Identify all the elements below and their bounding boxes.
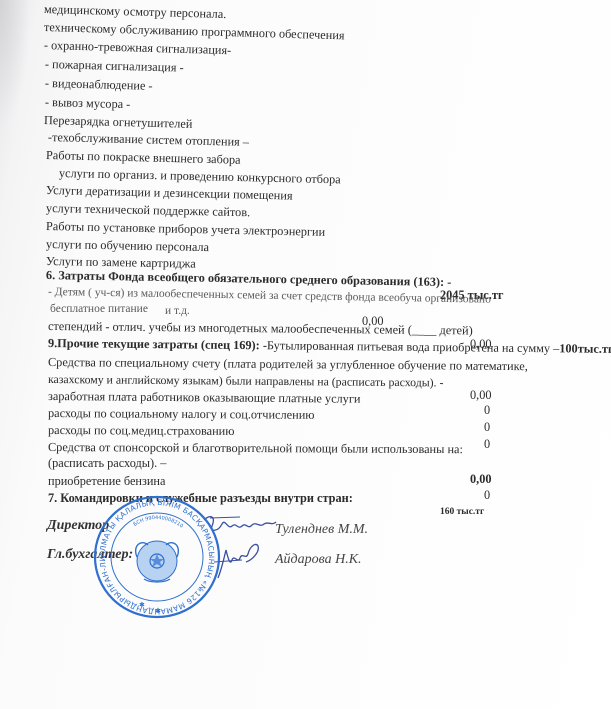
- director-name: Туленднев М.М.: [275, 522, 368, 538]
- fuel-label: приобретение бензина: [48, 474, 165, 488]
- text-line: услуги технической поддержке сайтов.: [46, 201, 250, 219]
- section-6-line-3: степендий - отлич. учебы из многодетных …: [48, 319, 473, 337]
- expense-row-label: расходы по соц.медиц.страхованию: [48, 423, 235, 438]
- section-7-value: 0: [484, 488, 490, 502]
- official-stamp: АЛМАТЫ ҚАЛАЛЫҚ БІЛІМ БАСҚАРМАСЫНЫҢ «№126…: [92, 495, 222, 620]
- sponsor-line-1: Средства от спонсорской и благотворитель…: [48, 440, 463, 456]
- section-9-line: 9.Прочие текущие затраты (спец 169): -Бу…: [48, 336, 611, 356]
- text-line: Услуги дератизации и дезинсекции помещен…: [46, 183, 293, 203]
- expense-row-label: заработная плата работников оказывающие …: [48, 389, 361, 406]
- text-line: Работы по установке приборов учета элект…: [46, 219, 325, 239]
- text-line: - охранно-тревожная сигнализация-: [44, 38, 232, 57]
- svg-text:✱: ✱: [139, 601, 145, 609]
- section-6-line-2a: бесплатное питание: [50, 302, 148, 316]
- expense-row-value: 0: [484, 403, 490, 417]
- sponsor-line-2: (расписать расходы). –: [48, 456, 166, 470]
- special-account-line-1: Средства по специальному счету (плата ро…: [48, 355, 528, 373]
- text-line: -техобслуживание систем отопления –: [48, 130, 249, 149]
- text-line: - видеонаблюдение -: [45, 76, 153, 93]
- special-account-line-2: казахскому и английскому языкам) были на…: [48, 372, 444, 389]
- text-line: Перезарядка огнетушителей: [44, 113, 193, 131]
- document-page: медицинскому осмотру персонала. техничес…: [0, 0, 611, 709]
- expense-row-value: 0: [484, 437, 490, 451]
- section-6-line-2b: и т.д.: [165, 304, 190, 318]
- text-line: медицинскому осмотру персонала.: [44, 2, 227, 21]
- text-line: услуги по обучению персонала: [46, 237, 209, 254]
- section-7-amount: 160 тыс.тг: [440, 505, 484, 519]
- svg-text:✱: ✱: [155, 607, 161, 615]
- section-9-text: -Бутылированная питьевая вода приобретен…: [260, 338, 560, 355]
- emblem-icon: [136, 541, 179, 582]
- text-line: Работы по покраске внешнего забора: [46, 148, 241, 167]
- text-line: - вывоз мусора -: [45, 95, 131, 111]
- section-9-title: 9.Прочие текущие затраты (спец 169):: [48, 336, 260, 352]
- text-line: - пожарная сигнализация -: [45, 57, 184, 75]
- section-9-amount: 100тыс.тг: [559, 341, 611, 356]
- fuel-value: 0,00: [470, 472, 492, 486]
- special-account-value: 0,00: [470, 388, 492, 402]
- expense-row-value: 0: [484, 420, 490, 434]
- accountant-name: Айдарова Н.К.: [275, 552, 362, 568]
- expense-row-label: расходы по социальному налогу и соц.отчи…: [48, 406, 315, 422]
